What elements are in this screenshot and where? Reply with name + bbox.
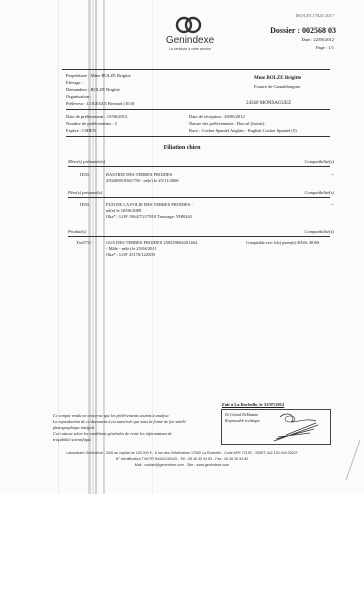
owner-divider [66, 109, 330, 110]
owner-proprietaire: Propriétaire : Mme BOLZE Brigitte [66, 73, 131, 79]
mother-id: 250269810361758 - né(e) le 25/11/2006 [106, 178, 179, 184]
offspring-compat-header: Compatibilité(s) [305, 229, 335, 235]
signature-box: Dr Gérard DeMaman Responsable technique [221, 409, 331, 445]
signatory-title: Responsable technique [225, 419, 260, 423]
header-divider [62, 69, 330, 70]
lab-footer-line-3: Mail : contact@genindexe.com - Site : ww… [0, 463, 364, 467]
sample-count: Nombre de prélèvements : 2 [66, 121, 117, 127]
signature-place-date: Fait à La Rochelle, le 31/07/2012 [222, 402, 284, 408]
offspring-id: Oka* : LOF 25176/122500 [106, 252, 155, 258]
offspring-divider [68, 236, 330, 237]
note-line-3: photographique intégral. [53, 425, 95, 431]
owner-preleveur: Préleveur : LOGEGUI Bernard (10.0) [66, 101, 134, 107]
certification-ref: ISO/CEI 17025:2017 [296, 13, 334, 19]
offspring-birth: - Mâle - né(e) le 25/04/2011 [106, 246, 157, 252]
mother-compat: -- [331, 172, 334, 178]
mother-role-label: Mère(s) présumée(s) [68, 159, 105, 165]
mother-code: ID35 [80, 172, 89, 178]
father-compat-header: Compatibilité(s) [305, 190, 335, 196]
note-line-2: La reproduction de ce document n'est aut… [53, 419, 186, 425]
scanned-page: ISO/CEI 17025:2017 Dossier : 002568 03 D… [0, 0, 364, 494]
dossier-number: Dossier : 002568 03 [270, 26, 336, 35]
address-street: Fouace de Carnablongrue [254, 84, 300, 90]
mother-name: BASTIDE DES TERRES FROIDES [106, 172, 172, 178]
logo-name: Genindexe [152, 35, 228, 46]
offspring-name: GUS DES TERRES FROIDES 250259604201464 [106, 240, 197, 246]
offspring-compat: Compatible avec le(s) parent(s) BASS, BO… [246, 240, 319, 246]
report-date: Date : 22/06/2012 [302, 37, 335, 43]
mother-compat-header: Compatibilité(s) [305, 159, 335, 165]
sample-divider [66, 136, 330, 137]
genindexe-logo: Genindexe La certitude à votre service [152, 14, 228, 54]
father-role-label: Père(s) présumé(s) [68, 190, 102, 196]
father-name: FUJI DE LA FOLIE DES TERRES FROIDES - [106, 202, 193, 208]
logo-tagline: La certitude à votre service [148, 47, 232, 51]
owner-demandeur: Demandeur : BOLZE Brigitte [66, 87, 120, 93]
sample-nature: Nature des prélèvements : Buccal (frotti… [189, 121, 264, 127]
offspring-role-label: Produit(s) [68, 229, 86, 235]
signatory-name: Dr Gérard DeMaman [225, 413, 258, 417]
section-title: Filiation chien [0, 145, 364, 151]
father-compat: -- [331, 202, 334, 208]
owner-organisation: Organisation : [66, 94, 92, 100]
father-birth: né(e) le 10/06/2009 [106, 208, 141, 214]
lab-footer-line-2: N° identification TVA FR 84442130443 - T… [0, 457, 364, 461]
page-fold-mark [342, 440, 362, 480]
address-city: 24560 MONSAGUEZ [246, 101, 291, 107]
offspring-code: Tro0711 [76, 240, 91, 246]
lab-footer-line-1: Laboratoire Genindexe - SAS au capital d… [0, 451, 364, 455]
sample-date: Date de prélèvement : 15/06/2012 [66, 114, 127, 120]
signature-scribble-icon [266, 411, 326, 443]
owner-elevage: Elevage : [66, 80, 83, 86]
note-line-1: Ce compte rendu ne concerne que les prél… [53, 413, 169, 419]
sample-species: Espèce : CHIEN [66, 128, 96, 134]
page-number: Page : 1/1 [316, 45, 334, 51]
note-line-4: Ceci atteste selon les conditions généra… [53, 431, 172, 437]
sample-breed: Race : Cocker Spaniel Anglais - English … [189, 128, 297, 134]
logo-rings-icon [152, 14, 228, 36]
note-line-5: traçabilité scientifique. [53, 437, 92, 443]
father-code: ID35 [80, 202, 89, 208]
father-id: Oka* : LOF 1964/75/17810 Tatouage: YHR16… [106, 214, 192, 220]
father-divider [68, 197, 330, 198]
sample-reception-date: Date de réception : 20/06/2012 [189, 114, 245, 120]
mother-divider [68, 166, 330, 167]
address-name: Mme BOLZE Brigitte [254, 76, 301, 82]
